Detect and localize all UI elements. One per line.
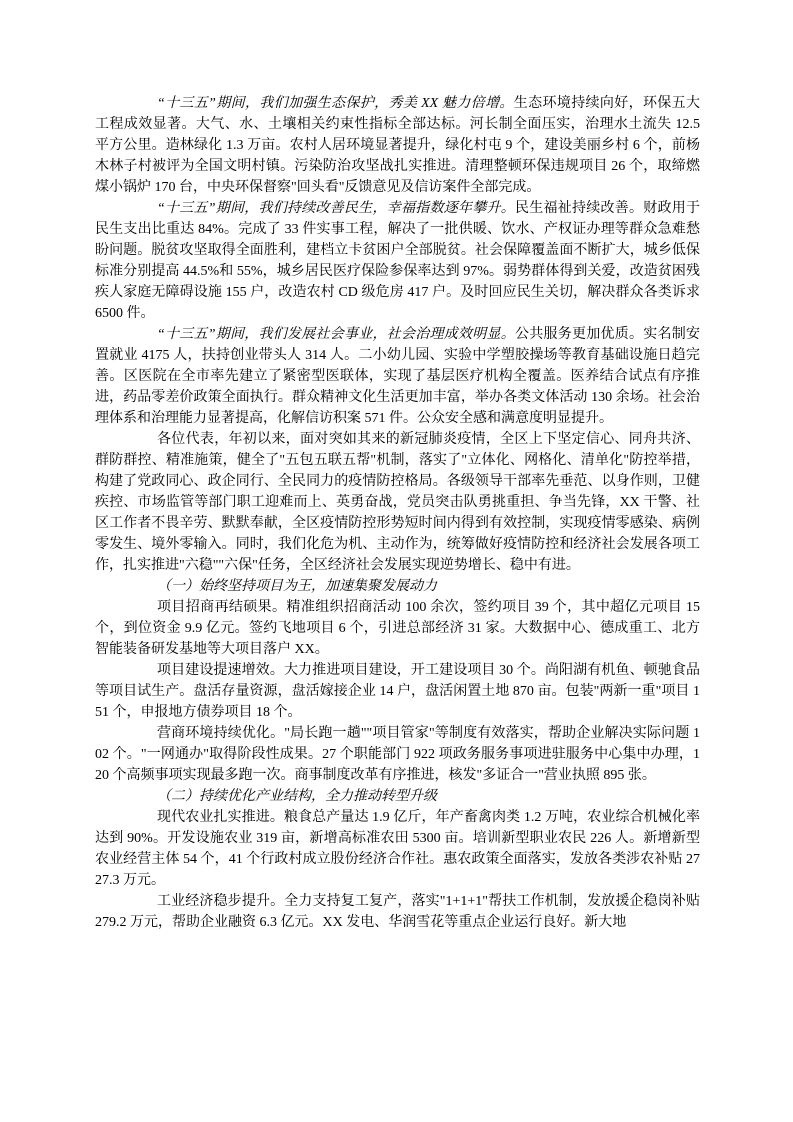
paragraph-text: 营商环境持续优化。"局长跑一趟""项目管家"等制度有效落实，帮助企业解决实际问题… <box>95 726 700 783</box>
paragraph-text: 民生福祉持续改善。财政用于民生支出比重达 84%。完成了 33 件实事工程，解决… <box>95 201 700 321</box>
paragraph: “十三五”期间，我们加强生态保护，秀美 XX 魅力倍增。生态环境持续向好，环保五… <box>95 93 700 198</box>
paragraph: “十三五”期间，我们持续改善民生，幸福指数逐年攀升。民生福祉持续改善。财政用于民… <box>95 198 700 324</box>
paragraph-text: 项目建设提速增效。大力推进项目建设，开工建设项目 30 个。尚阳湖有机鱼、顿驰食… <box>95 663 700 720</box>
section-heading-text: （一）始终坚持项目为王，加速集聚发展动力 <box>157 579 437 594</box>
paragraph-text: 工业经济稳步提升。全力支持复工复产，落实"1+1+1"帮扶工作机制，发放援企稳岗… <box>95 894 700 930</box>
paragraph: “十三五”期间，我们发展社会事业，社会治理成效明显。公共服务更加优质。实名制安置… <box>95 324 700 429</box>
document-page: “十三五”期间，我们加强生态保护，秀美 XX 魅力倍增。生态环境持续向好，环保五… <box>0 0 793 1122</box>
section-heading-text: （二）持续优化产业结构，全力推动转型升级 <box>157 789 437 804</box>
paragraph-lead: “十三五”期间，我们发展社会事业，社会治理成效明显。 <box>157 327 515 342</box>
paragraph-lead: “十三五”期间，我们加强生态保护，秀美 XX 魅力倍增。 <box>157 96 514 111</box>
paragraph: 项目建设提速增效。大力推进项目建设，开工建设项目 30 个。尚阳湖有机鱼、顿驰食… <box>95 660 700 723</box>
paragraph-lead: “十三五”期间，我们持续改善民生，幸福指数逐年攀升。 <box>157 201 515 216</box>
paragraph: 各位代表，年初以来，面对突如其来的新冠肺炎疫情，全区上下坚定信心、同舟共济、群防… <box>95 429 700 576</box>
paragraph: 项目招商再结硕果。精准组织招商活动 100 余次，签约项目 39 个，其中超亿元… <box>95 597 700 660</box>
paragraph-text: 项目招商再结硕果。精准组织招商活动 100 余次，签约项目 39 个，其中超亿元… <box>95 600 700 657</box>
paragraph: 现代农业扎实推进。粮食总产量达 1.9 亿斤，年产畜禽肉类 1.2 万吨，农业综… <box>95 807 700 891</box>
section-heading: （一）始终坚持项目为王，加速集聚发展动力 <box>95 576 700 597</box>
paragraph-text: 现代农业扎实推进。粮食总产量达 1.9 亿斤，年产畜禽肉类 1.2 万吨，农业综… <box>95 810 700 888</box>
paragraph: 工业经济稳步提升。全力支持复工复产，落实"1+1+1"帮扶工作机制，发放援企稳岗… <box>95 891 700 933</box>
paragraph: 营商环境持续优化。"局长跑一趟""项目管家"等制度有效落实，帮助企业解决实际问题… <box>95 723 700 786</box>
section-heading: （二）持续优化产业结构，全力推动转型升级 <box>95 786 700 807</box>
paragraph-text: 各位代表，年初以来，面对突如其来的新冠肺炎疫情，全区上下坚定信心、同舟共济、群防… <box>95 432 700 573</box>
